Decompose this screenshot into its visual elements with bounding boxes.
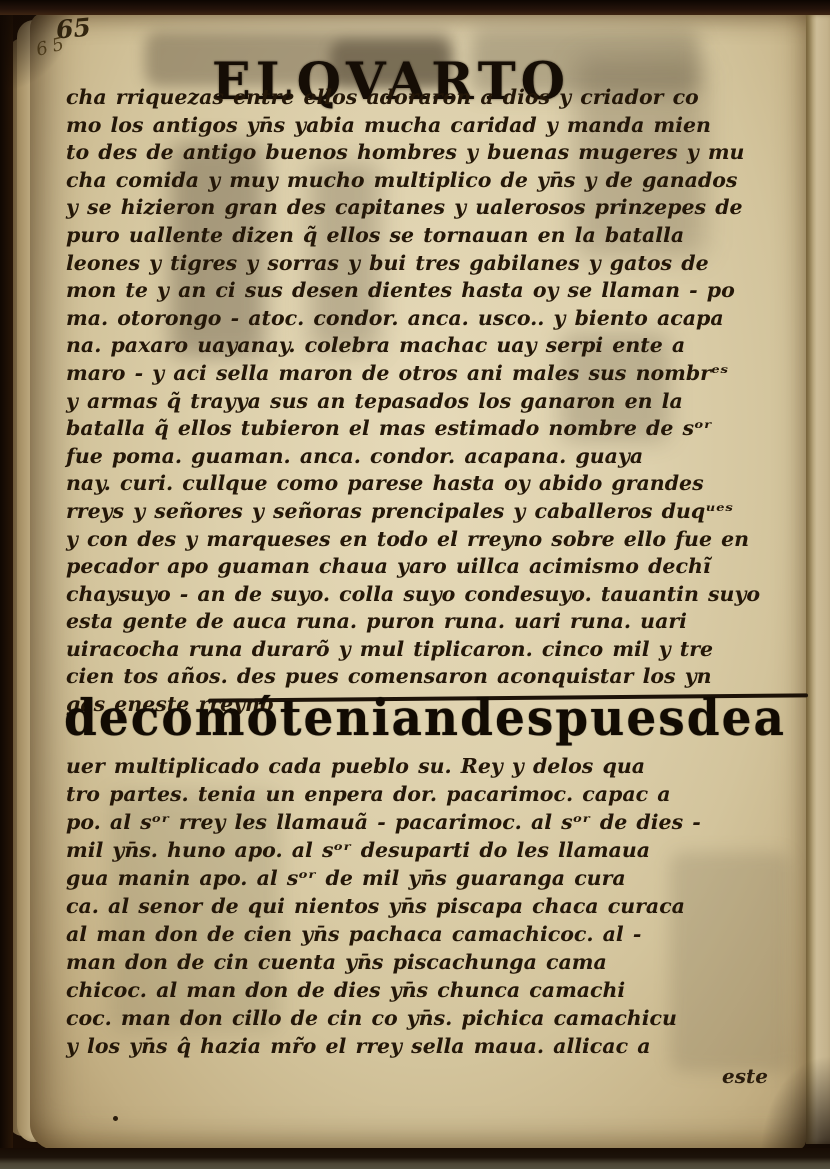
manuscript-page: 65 65 ELQVARTO cha rriquezas entre ellos… [30, 12, 806, 1150]
manuscript-line: pecador apo guaman chaua yaro uillca aci… [66, 553, 786, 581]
manuscript-line: cien tos años. des pues comensaron aconq… [66, 663, 786, 691]
manuscript-line: nay. curi. cullque como parese hasta oy … [66, 470, 786, 498]
manuscript-line: rreys y señores y señoras prencipales y … [66, 498, 786, 526]
manuscript-line: na. paxaro uayanay. colebra machac uay s… [66, 332, 786, 360]
manuscript-line: ca. al senor de qui nientos yn̄s piscapa… [66, 892, 786, 920]
photo-border-bottom [0, 1148, 830, 1169]
manuscript-line: mon te y an ci sus desen dientes hasta o… [66, 277, 786, 305]
section-heading: decomóteniandespuesdea [64, 689, 786, 747]
manuscript-line: al man don de cien yn̄s pachaca camachic… [66, 920, 786, 948]
manuscript-line: chaysuyo - an de suyo. colla suyo condes… [66, 581, 786, 609]
binding-edge [0, 0, 13, 1169]
manuscript-line: mil yn̄s. huno apo. al sᵒʳ desuparti do … [66, 836, 786, 864]
manuscript-line: chicoc. al man don de dies yn̄s chunca c… [66, 976, 786, 1004]
manuscript-line: ma. otorongo - atoc. condor. anca. usco.… [66, 305, 786, 333]
manuscript-line: y con des y marqueses en todo el rreyno … [66, 526, 786, 554]
manuscript-line: mo los antigos yn̄s yabia mucha caridad … [66, 112, 786, 140]
manuscript-line: man don de cin cuenta yn̄s piscachunga c… [66, 948, 786, 976]
manuscript-line: esta gente de auca runa. puron runa. uar… [66, 608, 786, 636]
manuscript-line: gua manin apo. al sᵒʳ de mil yn̄s guaran… [66, 864, 786, 892]
next-page-edge [806, 14, 830, 1144]
manuscript-line: leones y tigres y sorras y bui tres gabi… [66, 250, 786, 278]
manuscript-line: puro uallente dizen q̃ ellos se tornauan… [66, 222, 786, 250]
manuscript-line: fue poma. guaman. anca. condor. acapana.… [66, 443, 786, 471]
manuscript-line: tro partes. tenia un enpera dor. pacarim… [66, 780, 786, 808]
body-text-block-2: uer multiplicado cada pueblo su. Rey y d… [66, 752, 786, 1060]
manuscript-line: to des de antigo buenos hombres y buenas… [66, 139, 786, 167]
manuscript-line: po. al sᵒʳ rrey les llamauã - pacarimoc.… [66, 808, 786, 836]
manuscript-line: y se hizieron gran des capitanes y ualer… [66, 194, 786, 222]
manuscript-line: batalla q̃ ellos tubieron el mas estimad… [66, 415, 786, 443]
manuscript-line: y los yn̄s q̂ hazia mr̃o el rrey sella m… [66, 1032, 786, 1060]
photo-border-top [0, 0, 830, 15]
body-text-block-1: cha rriquezas entre ellos adoraron a dio… [66, 84, 786, 719]
manuscript-line: maro - y aci sella maron de otros ani ma… [66, 360, 786, 388]
manuscript-photo: 65 65 ELQVARTO cha rriquezas entre ellos… [0, 0, 830, 1169]
ink-spot [113, 1116, 118, 1121]
manuscript-line: uer multiplicado cada pueblo su. Rey y d… [66, 752, 786, 780]
manuscript-line: uiracocha runa durarõ y mul tiplicaron. … [66, 636, 786, 664]
manuscript-line: cha rriquezas entre ellos adoraron a dio… [66, 84, 786, 112]
manuscript-line: y armas q̃ trayya sus an tepasados los g… [66, 388, 786, 416]
manuscript-line: cha comida y muy mucho multiplico de yn̄… [66, 167, 786, 195]
manuscript-line: coc. man don cillo de cin co yn̄s. pichi… [66, 1004, 786, 1032]
book-corner-shadow [760, 1055, 830, 1155]
